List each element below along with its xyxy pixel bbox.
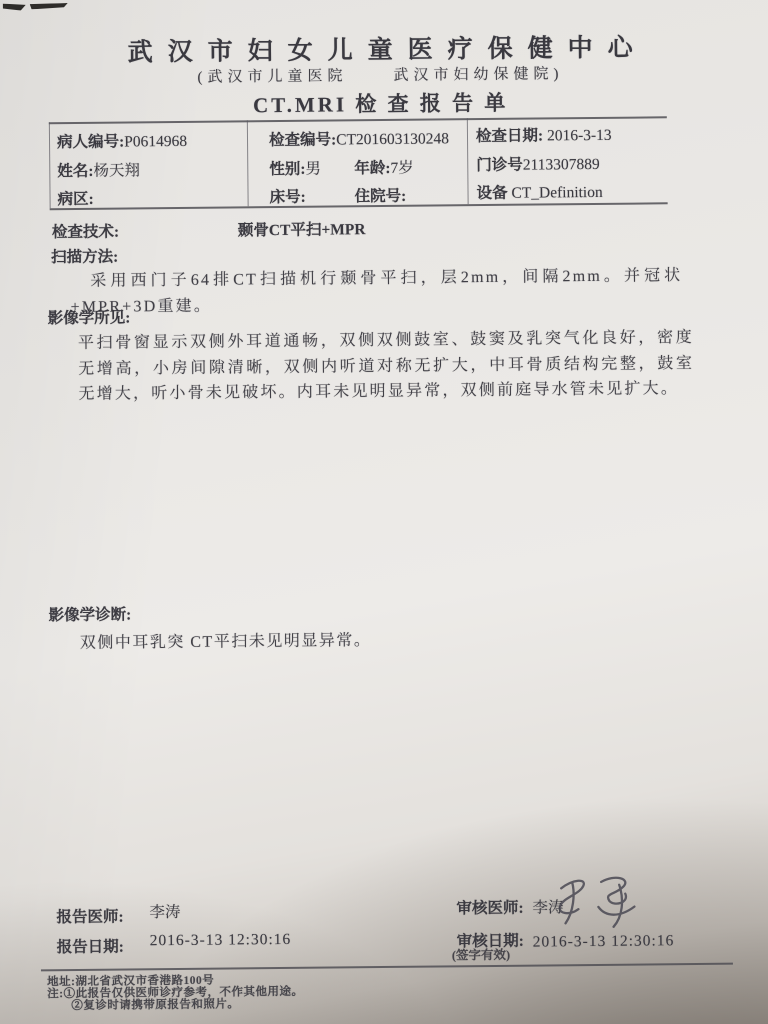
photo-edge-mark (3, 3, 26, 10)
inpatient-field: 住院号: (354, 184, 406, 206)
review-doctor-label: 审核医师: (456, 896, 523, 919)
footer-note-2: ②复诊时请携带原报告和照片。 (71, 995, 239, 1013)
gender-field: 性别:男 (269, 157, 321, 179)
outpatient-no-label: 门诊号 (476, 157, 523, 174)
report-date-value: 2016-3-13 12:30:16 (150, 931, 292, 950)
exam-date-value: 2016-3-13 (547, 127, 612, 145)
bed-field: 床号: (269, 185, 305, 207)
patient-no-value: P0614968 (124, 133, 187, 151)
age-value: 7岁 (390, 160, 413, 177)
document-page: 武汉市妇女儿童医疗保健中心 (武汉市儿童医院 武汉市妇幼保健院) CT.MRI … (0, 0, 768, 1024)
footer-rule (41, 963, 733, 971)
photographed-report-paper: 武汉市妇女儿童医疗保健中心 (武汉市儿童医院 武汉市妇幼保健院) CT.MRI … (0, 0, 768, 1024)
patient-no-label: 病人编号: (57, 133, 124, 151)
photo-edge-mark (30, 3, 68, 9)
findings-label: 影像学所见: (48, 305, 131, 328)
device-value: CT_Definition (511, 184, 602, 202)
device-label: 设备 (476, 185, 507, 202)
age-field: 年龄:7岁 (354, 156, 414, 179)
device-field: 设备 CT_Definition (476, 180, 602, 203)
exam-no-label: 检查编号: (269, 131, 336, 149)
technique-label: 检查技术: (52, 220, 119, 243)
table-divider-1 (247, 120, 249, 206)
report-doctor-label: 报告医师: (56, 905, 123, 928)
hospital-subtitle-left: (武汉市儿童医院 (197, 64, 347, 86)
table-divider-2 (467, 118, 469, 204)
hospital-subtitle-right: 武汉市妇幼保健院) (393, 62, 563, 85)
exam-date-label: 检查日期: (476, 127, 543, 145)
report-doctor-value: 李涛 (149, 900, 180, 922)
gender-label: 性别: (269, 161, 305, 178)
signature-valid-note: (签字有效) (452, 945, 510, 964)
exam-no-value: CT201603130248 (336, 130, 449, 148)
patient-no-field: 病人编号:P0614968 (57, 129, 187, 152)
diagnosis-text: 双侧中耳乳突 CT平扫未见明显异常。 (80, 627, 372, 653)
outpatient-no-value: 2113307889 (523, 156, 600, 174)
diagnosis-label: 影像学诊断: (48, 602, 131, 625)
table-left-border (49, 122, 51, 208)
ward-label: 病区: (57, 191, 93, 208)
findings-text: 平扫骨窗显示双侧外耳道通畅，双侧双侧鼓室、鼓窦及乳突气化良好，密度无增高，小房间… (78, 325, 695, 407)
gender-value: 男 (305, 161, 321, 178)
inpatient-label: 住院号: (354, 188, 406, 205)
review-date-value: 2016-3-13 12:30:16 (533, 932, 675, 951)
scan-method-label: 扫描方法: (51, 245, 118, 268)
scan-method-text: 采用西门子64排CT扫描机行颞骨平扫，层2mm，间隔2mm。并冠状+MPR+3D… (70, 263, 682, 320)
outpatient-no-field: 门诊号2113307889 (476, 152, 600, 175)
name-label: 姓名: (57, 163, 93, 180)
name-value: 杨天翔 (93, 162, 140, 179)
technique-value: 颞骨CT平扫+MPR (238, 217, 366, 240)
bed-label: 床号: (269, 189, 305, 206)
age-label: 年龄: (354, 160, 390, 177)
exam-date-field: 检查日期: 2016-3-13 (476, 123, 612, 146)
exam-no-field: 检查编号:CT201603130248 (269, 126, 449, 150)
report-date-label: 报告日期: (57, 935, 124, 958)
ward-field: 病区: (57, 187, 93, 209)
handwritten-signature (549, 872, 645, 931)
name-field: 姓名:杨天翔 (57, 158, 140, 181)
